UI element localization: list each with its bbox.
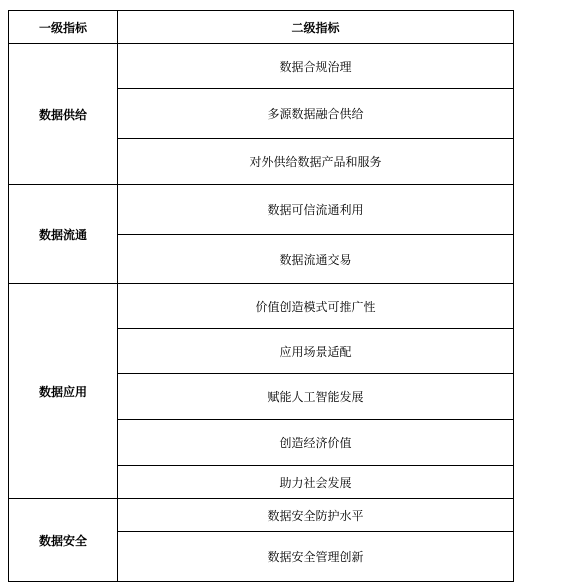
header-row: 一级指标 二级指标: [9, 11, 514, 44]
level2-cell: 对外供给数据产品和服务: [118, 139, 514, 185]
level1-cell: 数据供给: [9, 44, 118, 185]
level2-cell: 助力社会发展: [118, 466, 514, 499]
level2-cell: 数据流通交易: [118, 235, 514, 284]
indicator-table: 一级指标 二级指标 数据供给 数据合规治理 多源数据融合供给 对外供给数据产品和…: [8, 10, 514, 582]
table-row: 数据供给 数据合规治理: [9, 44, 514, 89]
level2-cell: 价值创造模式可推广性: [118, 284, 514, 329]
level2-cell: 创造经济价值: [118, 420, 514, 466]
level2-cell: 数据合规治理: [118, 44, 514, 89]
level2-cell: 应用场景适配: [118, 329, 514, 374]
level1-cell: 数据流通: [9, 185, 118, 284]
level1-cell: 数据安全: [9, 499, 118, 582]
level2-cell: 赋能人工智能发展: [118, 374, 514, 420]
level2-cell: 数据可信流通利用: [118, 185, 514, 235]
level2-cell: 多源数据融合供给: [118, 89, 514, 139]
level1-cell: 数据应用: [9, 284, 118, 499]
table-row: 数据应用 价值创造模式可推广性: [9, 284, 514, 329]
table-row: 数据安全 数据安全防护水平: [9, 499, 514, 532]
header-level1: 一级指标: [9, 11, 118, 44]
table-row: 数据流通 数据可信流通利用: [9, 185, 514, 235]
level2-cell: 数据安全管理创新: [118, 532, 514, 582]
header-level2: 二级指标: [118, 11, 514, 44]
level2-cell: 数据安全防护水平: [118, 499, 514, 532]
